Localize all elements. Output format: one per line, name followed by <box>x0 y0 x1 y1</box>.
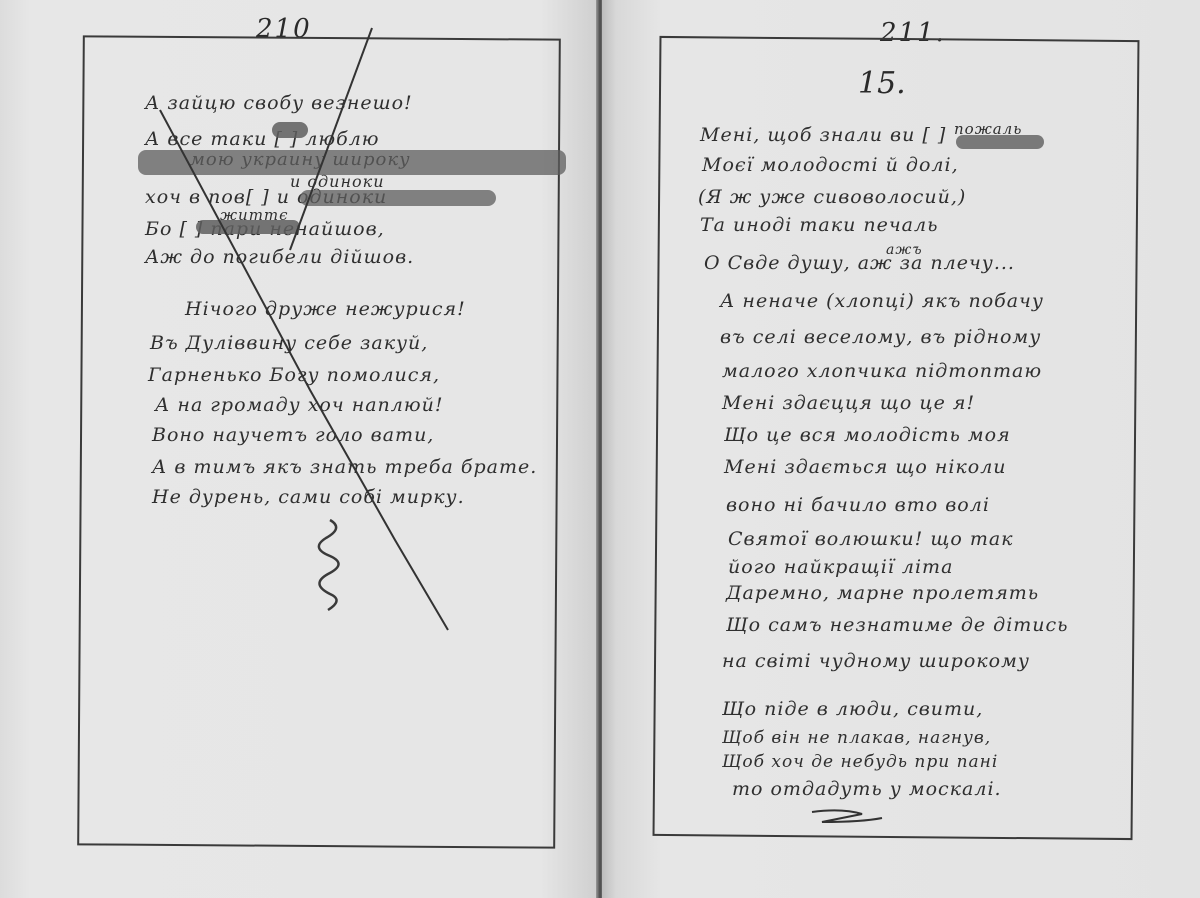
cross-out-strokes <box>0 0 598 898</box>
end-flourish <box>602 0 1200 898</box>
manuscript-spread: 210 А зайцю свобу везнешо! А все таки [ … <box>0 0 1200 898</box>
left-page: 210 А зайцю свобу везнешо! А все таки [ … <box>0 0 598 898</box>
right-page: 211. 15. пожаль ажъ Мені, щоб знали ви [… <box>602 0 1200 898</box>
